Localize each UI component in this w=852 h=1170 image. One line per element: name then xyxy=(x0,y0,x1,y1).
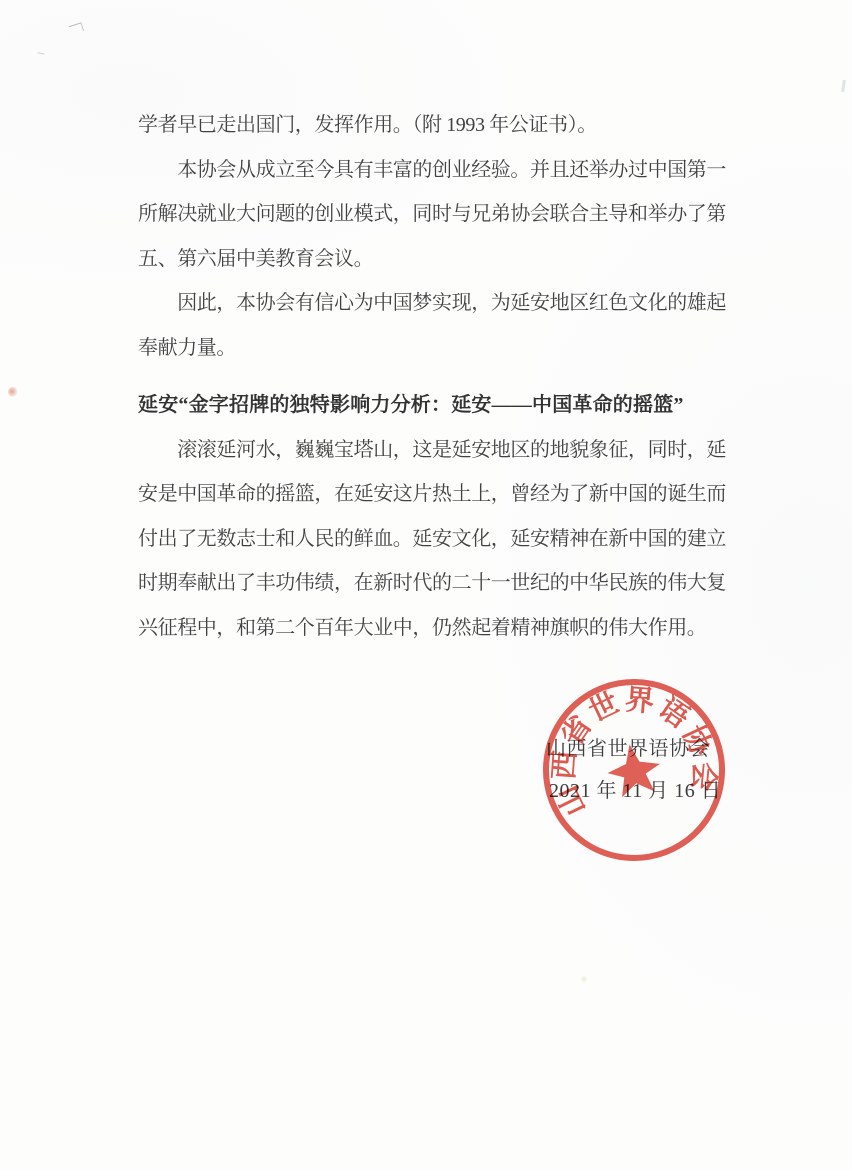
scan-artifact xyxy=(69,22,84,35)
heading-text: 延安“金字招牌的独特影响力分析：延安——中国革命的摇篮” xyxy=(138,383,758,428)
text-line: 学者早已走出国门，发挥作用。（附 1993 年公证书）。 xyxy=(138,103,758,148)
scan-artifact xyxy=(580,975,588,983)
scan-artifact xyxy=(841,80,846,92)
text-line: 所解决就业大问题的创业模式，同时与兄弟协会联合主导和举办了第 xyxy=(138,192,758,237)
paragraph: 学者早已走出国门，发挥作用。（附 1993 年公证书）。 xyxy=(138,103,758,148)
document-body: 学者早已走出国门，发挥作用。（附 1993 年公证书）。 本协会从成立至今具有丰… xyxy=(138,103,758,650)
seal-star-icon xyxy=(603,740,664,799)
paragraph: 本协会从成立至今具有丰富的创业经验。并且还举办过中国第一 所解决就业大问题的创业… xyxy=(138,148,758,282)
text-line: 安是中国革命的摇篮，在延安这片热土上，曾经为了新中国的诞生而 xyxy=(138,472,758,517)
paragraph: 因此，本协会有信心为中国梦实现，为延安地区红色文化的雄起 奉献力量。 xyxy=(138,281,758,370)
text-line: 付出了无数志士和人民的鲜血。延安文化，延安精神在新中国的建立 xyxy=(138,517,758,562)
seal-graphic: 山西省世界语协会 xyxy=(524,660,744,880)
section-heading: 延安“金字招牌的独特影响力分析：延安——中国革命的摇篮” xyxy=(138,383,758,428)
text-line: 因此，本协会有信心为中国梦实现，为延安地区红色文化的雄起 xyxy=(138,281,758,326)
paragraph: 滚滚延河水，巍巍宝塔山，这是延安地区的地貌象征，同时，延 安是中国革命的摇篮，在… xyxy=(138,428,758,651)
text-line: 兴征程中，和第二个百年大业中，仍然起着精神旗帜的伟大作用。 xyxy=(138,606,758,651)
text-line: 本协会从成立至今具有丰富的创业经验。并且还举办过中国第一 xyxy=(138,148,758,193)
text-line: 滚滚延河水，巍巍宝塔山，这是延安地区的地貌象征，同时，延 xyxy=(138,428,758,473)
scan-artifact xyxy=(37,47,45,54)
official-seal: 山西省世界语协会 xyxy=(524,660,744,880)
text-line: 时期奉献出了丰功伟绩，在新时代的二十一世纪的中华民族的伟大复 xyxy=(138,561,758,606)
scanned-page: 学者早已走出国门，发挥作用。（附 1993 年公证书）。 本协会从成立至今具有丰… xyxy=(0,0,852,1170)
scan-artifact xyxy=(8,387,18,397)
text-line: 奉献力量。 xyxy=(138,326,758,371)
text-line: 五、第六届中美教育会议。 xyxy=(138,237,758,282)
